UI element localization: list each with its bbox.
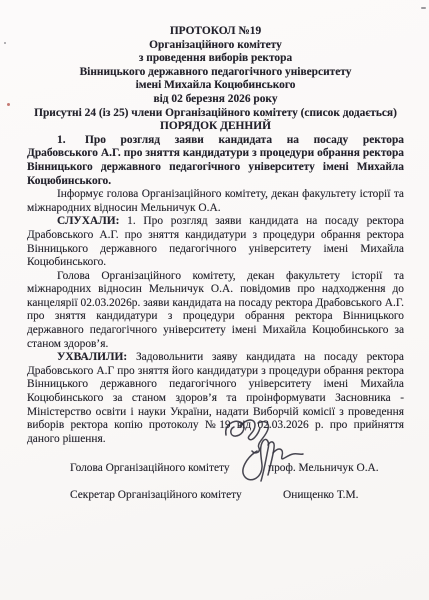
heard-keyword: СЛУХАЛИ: xyxy=(57,215,119,227)
scanned-protocol-page: ПРОТОКОЛ №19 Організаційного комітету з … xyxy=(0,0,429,600)
paragraph-heard: СЛУХАЛИ: 1. Про розгляд заяви кандидата … xyxy=(27,215,404,269)
document-body: ПРОТОКОЛ №19 Організаційного комітету з … xyxy=(0,0,429,600)
university-name-line: імені Михайла Коцюбинського xyxy=(27,79,404,93)
secretary-role-label: Секретар Організаційного комітету xyxy=(70,489,242,503)
signature-row-secretary: Секретар Організаційного комітету Онищен… xyxy=(27,489,404,516)
paragraph-resolved: УХВАЛИЛИ: Задовольнити заяву кандидата н… xyxy=(27,351,404,446)
committee-line: Організаційного комітету xyxy=(27,39,404,53)
signature-block: Голова Організаційного комітету проф. Ме… xyxy=(27,462,404,552)
secretary-name: Онищенко Т.М. xyxy=(283,489,358,503)
agenda-item-1: 1.Про розгляд заяви кандидата на посаду … xyxy=(27,134,404,188)
scan-speck xyxy=(7,103,10,106)
paragraph-report: Голова Організаційного комітету, декан ф… xyxy=(27,270,404,352)
attendees-line: Присутні 24 (із 25) члени Організаційног… xyxy=(27,107,404,121)
resolved-keyword: УХВАЛИЛИ: xyxy=(57,351,127,363)
scan-speck xyxy=(4,42,6,44)
paragraph-resolved-text: Задовольнити заяву кандидата на посаду р… xyxy=(27,351,404,445)
paragraph-informs: Інформує голова Організаційного комітету… xyxy=(27,188,404,215)
doc-title: ПРОТОКОЛ №19 xyxy=(27,25,404,39)
agenda-item-number: 1. xyxy=(57,134,85,148)
agenda-heading: ПОРЯДОК ДЕННИЙ xyxy=(27,120,404,134)
chairman-role-label: Голова Організаційного комітету xyxy=(70,462,230,476)
purpose-line: з проведення виборів ректора xyxy=(27,52,404,66)
date-line: від 02 березня 2026 року xyxy=(27,93,404,107)
scan-speck xyxy=(421,7,426,9)
paragraph-report-text: Голова Організаційного комітету, декан ф… xyxy=(27,270,404,350)
paragraph-informs-text: Інформує голова Організаційного комітету… xyxy=(27,188,404,214)
chairman-name: проф. Мельничук О.А. xyxy=(268,462,379,476)
signature-row-chairman: Голова Організаційного комітету проф. Ме… xyxy=(27,462,404,489)
document-header: ПРОТОКОЛ №19 Організаційного комітету з … xyxy=(27,25,404,134)
university-line: Вінницького державного педагогічного уні… xyxy=(27,66,404,80)
